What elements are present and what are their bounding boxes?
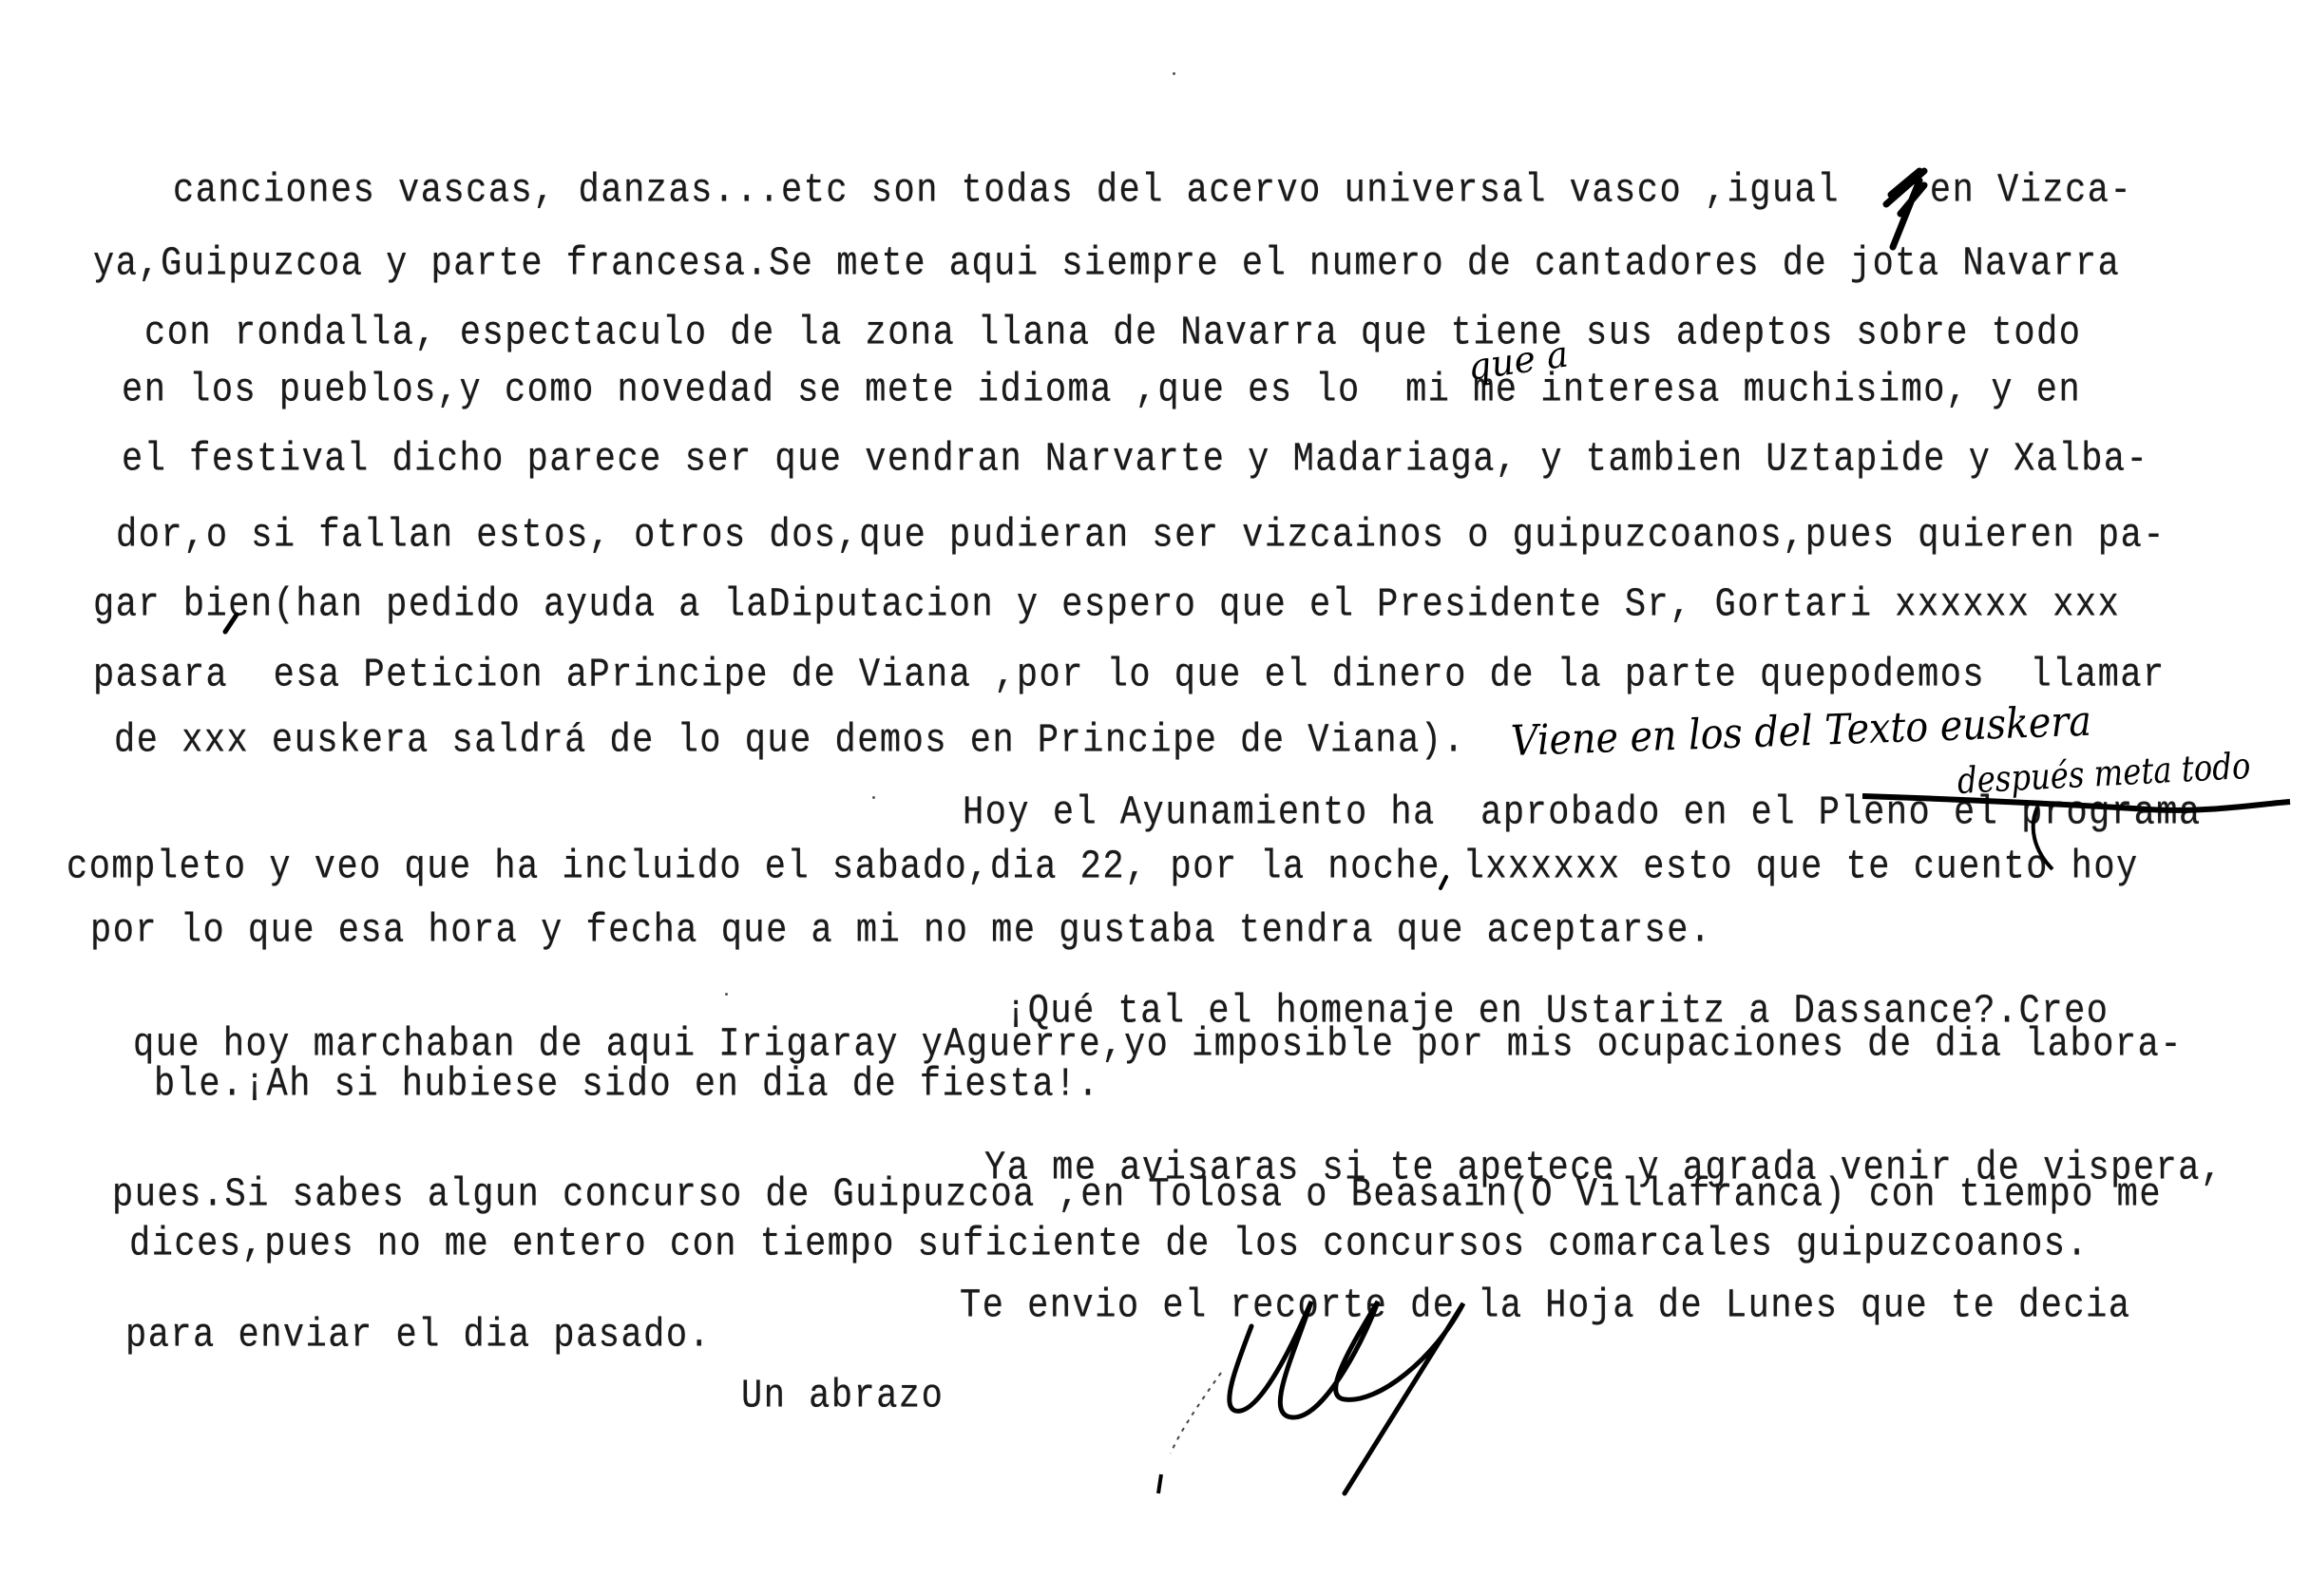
closing-line: Un abrazo (741, 1377, 944, 1417)
letter-line: dor,o si fallan estos, otros dos,que pud… (116, 516, 2166, 557)
letter-line: dices,pues no me entero con tiempo sufic… (129, 1225, 2089, 1265)
speck (1173, 72, 1175, 75)
speck (725, 993, 728, 996)
letter-line: completo y veo que ha incluido el sabado… (67, 847, 2139, 888)
letter-line: de xxx euskera saldrá de lo que demos en… (114, 721, 1465, 762)
letter-line: para enviar el dia pasado. (125, 1316, 711, 1357)
speck (872, 796, 875, 799)
letter-line: pasara esa Peticion aPrincipe de Viana ,… (93, 655, 2166, 696)
letter-line: por lo que esa hora y fecha que a mi no … (90, 911, 1712, 952)
letter-line: con rondalla, espectaculo de la zona lla… (144, 313, 2082, 354)
letter-line: en los pueblos,y como novedad se mete id… (122, 370, 2081, 411)
letter-line: que hoy marchaban de aqui Irigaray yAgue… (133, 1025, 2183, 1066)
letter-line: Hoy el Ayunamiento ha aprobado en el Ple… (963, 793, 2202, 834)
letter-line: gar bien(han pedido ayuda a laDiputacion… (93, 585, 2120, 626)
letter-line: ble.¡Ah si hubiese sido en dia de fiesta… (154, 1065, 1100, 1106)
letter-line: el festival dicho parece ser que vendran… (122, 440, 2148, 481)
letter-line: Te envio el recorte de la Hoja de Lunes … (960, 1286, 2131, 1327)
handwritten-margin-note: Viene en los del Texto euskera (1510, 697, 2092, 766)
letter-line: pues.Si sabes algun concurso de Guipuzco… (112, 1175, 2162, 1216)
letter-line: canciones vascas, danzas...etc son todas… (173, 171, 2132, 212)
letter-line: ya,Guipuzcoa y parte francesa.Se mete aq… (93, 244, 2120, 285)
handwritten-margin-note: después meta todo (1957, 745, 2251, 802)
